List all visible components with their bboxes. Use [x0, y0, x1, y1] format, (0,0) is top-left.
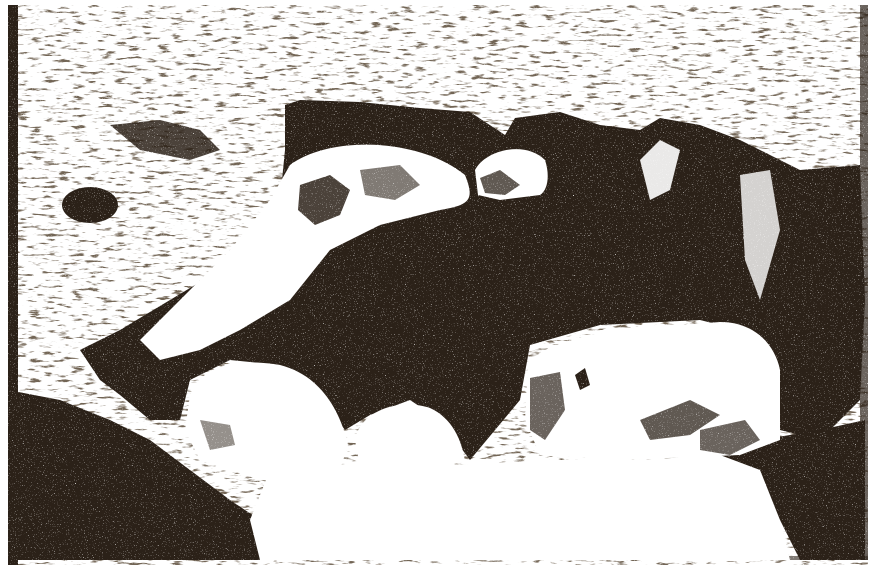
photocopy-grain [8, 5, 868, 565]
scanned-photograph [0, 0, 873, 575]
